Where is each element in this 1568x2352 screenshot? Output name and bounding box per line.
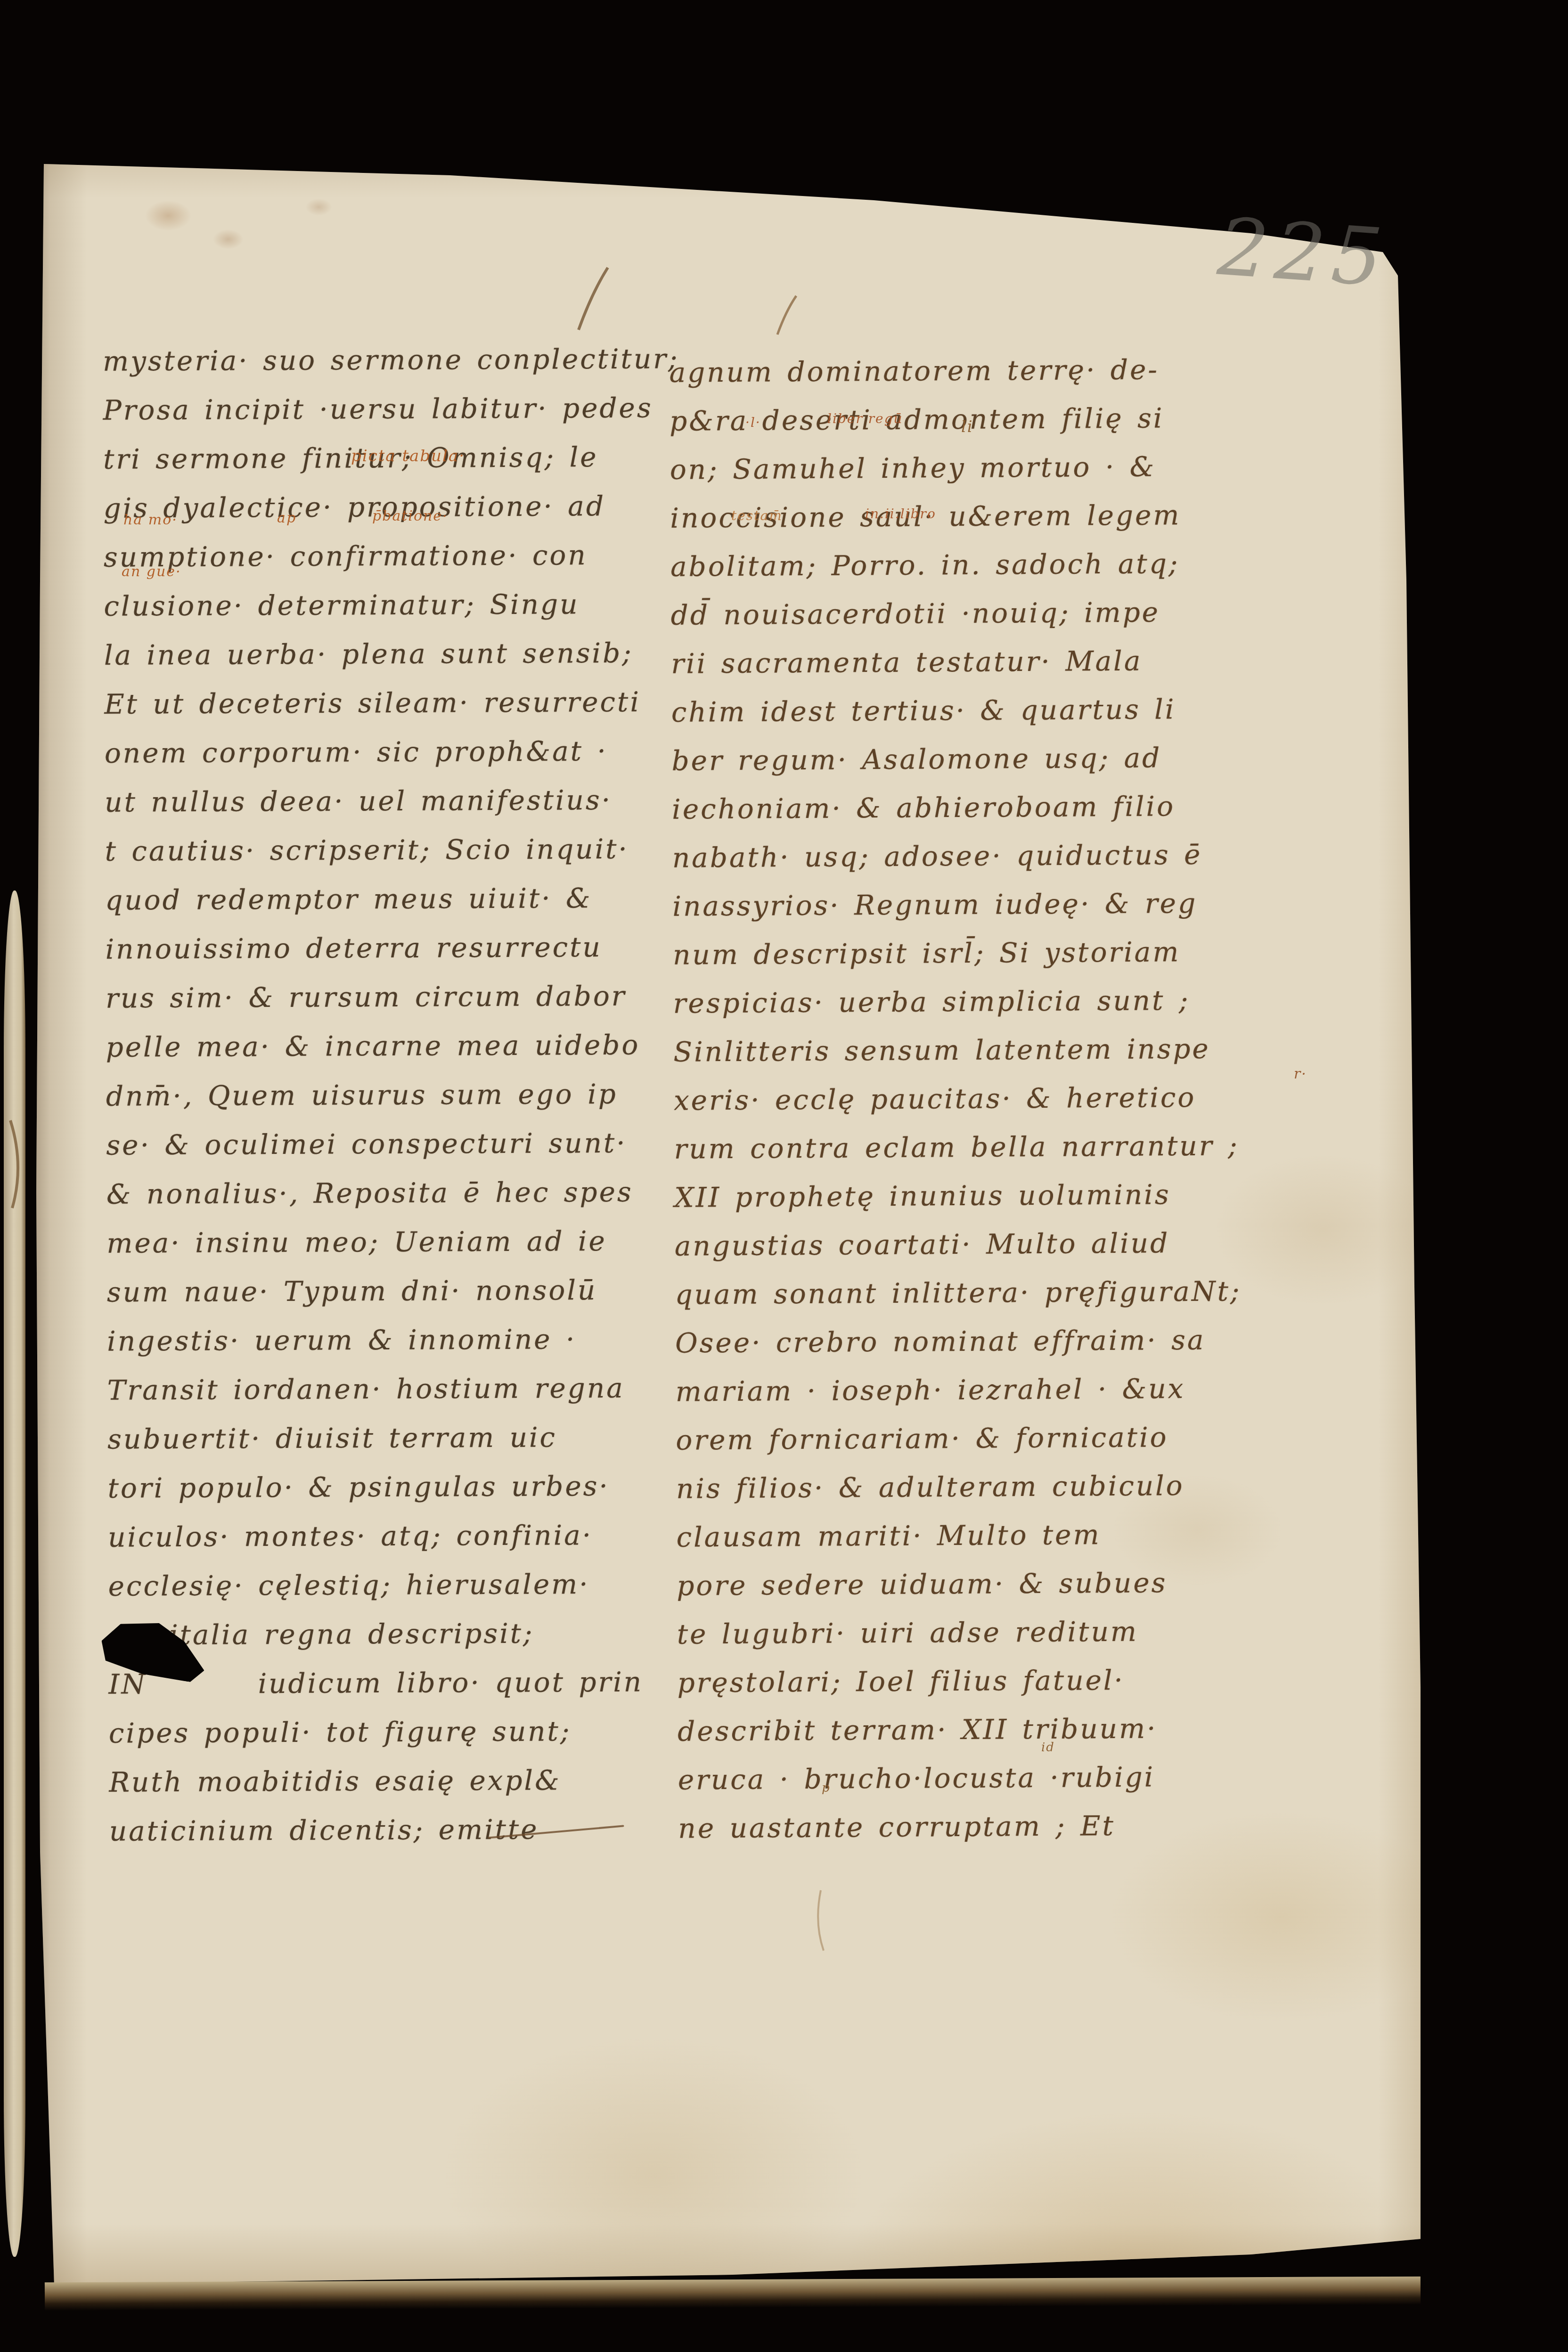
manuscript-text-line: Transit iordanen· hostium regna [107,1363,678,1414]
manuscript-text-line: mariam · ioseph· iezrahel · &ux [675,1364,1246,1416]
manuscript-text-line: clusione· determinatur; Singu [104,579,674,630]
manuscript-text-line: spiritalia regna descripsit; [108,1608,678,1659]
manuscript-text-line: ingestis· uerum & innomine · [107,1314,677,1365]
manuscript-text-line: pore sedere uiduam· & subues [677,1558,1247,1610]
manuscript-text-line: tori populo· & psingulas urbes· [107,1461,678,1512]
manuscript-text-line: iechoniam· & abhieroboam filio [672,782,1242,833]
manuscript-text-line: nis filios· & adulteram cubiculo [676,1461,1247,1513]
manuscript-text-line: ecclesię· cęlestiq; hierusalem· [108,1559,678,1610]
manuscript-text-line: on; Samuhel inhey mortuo · & [670,442,1241,494]
manuscript-text-line: respicias· uerba simplicia sunt ; [673,976,1243,1028]
manuscript-text-line: rus sim· & rursum circum dabor [106,971,676,1022]
manuscript-text-line: chim idest tertius· & quartus li [671,685,1242,736]
interlinear-gloss: r· [1294,1066,1307,1082]
book-bottom-page-edges [45,2277,1421,2311]
manuscript-text-line: sum naue· Typum dni· nonsolū [107,1265,677,1316]
manuscript-text-line: xeris· ecclę paucitas· & heretico [674,1073,1244,1125]
manuscript-text-line: & nonalius·, Reposita ē hec spes [106,1167,677,1218]
manuscript-text-line: describit terram· XII tribuum· [678,1704,1248,1756]
text-column-right: agnum dominatorem terrę· de-p&ra deserti… [669,345,1248,1853]
manuscript-photo: 225 mysteria· suo sermone conplectitur;P… [0,0,1568,2352]
manuscript-text-line: eruca · brucho·locusta ·rubigi [678,1752,1249,1804]
manuscript-text-line: sumptione· confirmatione· con [104,530,674,581]
interlinear-gloss: picta tabula· [351,447,465,465]
manuscript-text-line: quam sonant inlittera· pręfiguraNt; [675,1267,1245,1319]
manuscript-text-line: rum contra eclam bella narrantur ; [674,1121,1244,1173]
manuscript-text-line: ut nullus deea· uel manifestius· [105,775,675,826]
manuscript-text-line: mysteria· suo sermone conplectitur; [103,334,673,385]
manuscript-text-line: rii sacramenta testatur· Mala [671,636,1241,688]
manuscript-text-line: la inea uerba· plena sunt sensib; [104,628,674,679]
manuscript-text-line: onem corporum· sic proph&at · [105,726,675,777]
manuscript-text-line: XII prophetę inunius uoluminis [674,1170,1245,1222]
pencil-page-number: 225 [1215,201,1392,305]
manuscript-text-line: uiculos· montes· atq; confinia· [108,1510,678,1561]
manuscript-text-line: pręstolari; Ioel filius fatuel· [677,1655,1248,1707]
manuscript-text-line: ne uastante corruptam ; Et [678,1801,1249,1853]
manuscript-text-line: cipes populi· tot figurę sunt; [109,1706,679,1757]
interlinear-gloss: liber regū [827,411,903,426]
interlinear-gloss: testam̄ [731,508,783,523]
interlinear-gloss: ha mo· [123,512,178,528]
manuscript-text-line: Sinlitteris sensum latentem inspe [673,1024,1244,1076]
manuscript-text-line: Et ut deceteris sileam· resurrecti [104,677,674,728]
manuscript-text-line: quod redemptor meus uiuit· & [105,873,675,924]
interlinear-gloss: p̄batione· [372,508,448,524]
manuscript-text-line: dnm̄·, Quem uisurus sum ego ip [106,1069,676,1120]
manuscript-text-line: te lugubri· uiri adse reditum [677,1607,1248,1658]
manuscript-text-line: uaticinium dicentis; emitte [109,1804,679,1855]
manuscript-text-line: mea· insinu meo; Ueniam ad ie [106,1216,677,1267]
manuscript-text-line: Ruth moabitidis esaię expl& [109,1755,679,1806]
interlinear-gloss: an gue· [122,563,181,580]
manuscript-text-line: gis dyalectice· propositione· ad [103,481,673,532]
manuscript-text-line: Prosa incipit ·uersu labitur· pedes [103,383,673,434]
interlinear-gloss: li [961,417,973,436]
interlinear-gloss: ·l· [745,415,761,430]
manuscript-text-line: agnum dominatorem terrę· de- [669,345,1240,397]
manuscript-text-line: nabath· usq; adosee· quiductus ē [672,830,1243,882]
manuscript-text-line: clausam mariti· Multo tem [676,1510,1247,1561]
manuscript-text-line: t cautius· scripserit; Scio inquit· [105,824,675,875]
interlinear-gloss: p [822,1781,831,1795]
manuscript-text-line: inassyrios· Regnum iudeę· & reg [672,879,1243,931]
text-column-left: mysteria· suo sermone conplectitur;Prosa… [103,334,679,1855]
manuscript-text-line: se· & oculimei conspecturi sunt· [106,1118,676,1169]
underlying-page-edge [4,890,25,2257]
interlinear-gloss: id [1041,1740,1055,1755]
interlinear-gloss: in.ii.libro [865,506,936,522]
manuscript-text-line: pelle mea· & incarne mea uidebo [106,1020,676,1071]
manuscript-text-line: Osee· crebro nominat effraim· sa [675,1315,1246,1367]
manuscript-text-line: angustias coartati· Multo aliud [675,1218,1245,1270]
manuscript-text-line: orem fornicariam· & fornicatio [676,1413,1246,1464]
manuscript-text-line: abolitam; Porro. in. sadoch atq; [670,539,1241,591]
manuscript-text-line: num descripsit isrl̄; Si ystoriam [673,927,1243,979]
manuscript-text-line: innouissimo deterra resurrectu [105,922,675,973]
manuscript-text-line: dd̄ nouisacerdotii ·nouiq; impe [670,588,1241,639]
manuscript-text-line: subuertit· diuisit terram uic [107,1412,678,1463]
manuscript-text-line: ber regum· Asalomone usq; ad [671,733,1242,785]
interlinear-gloss: ap [277,510,296,526]
